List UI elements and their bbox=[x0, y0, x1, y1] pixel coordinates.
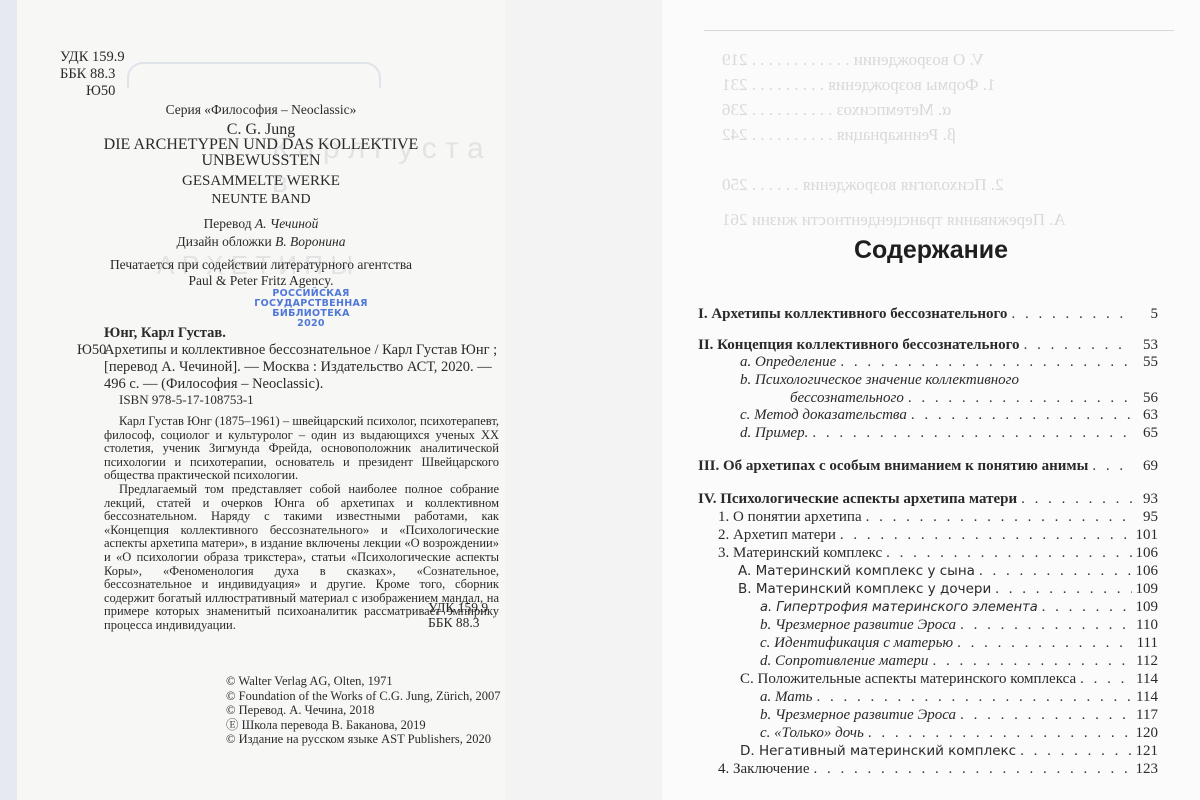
toc-page-number: 95 bbox=[1136, 509, 1158, 526]
toc-entry: c. Идентификация с матерью111 bbox=[760, 635, 1158, 652]
toc-entry-label: 1. О понятии архетипа bbox=[718, 509, 862, 526]
copyright-line: © Foundation of the Works of C.G. Jung, … bbox=[226, 689, 501, 704]
toc-entry-label: a. Определение bbox=[740, 354, 836, 371]
toc-entry: c. «Только» дочь120 bbox=[760, 725, 1158, 742]
toc-leader-dots bbox=[868, 725, 1132, 742]
bleed-through-text: β. Реинкарнация . . . . . . . . . . 242 bbox=[722, 125, 956, 145]
toc-page-number: 53 bbox=[1136, 337, 1158, 354]
toc-entry: I. Архетипы коллективного бессознательно… bbox=[698, 306, 1158, 323]
toc-entry: b. Чрезмерное развитие Эроса110 bbox=[760, 617, 1158, 634]
toc-page-number: 123 bbox=[1136, 761, 1159, 778]
library-stamp: РОССИЙСКАЯ ГОСУДАРСТВЕННАЯ БИБЛИОТЕКА 20… bbox=[246, 289, 376, 329]
toc-page-number: 109 bbox=[1136, 599, 1159, 616]
toc-page-number: 106 bbox=[1136, 545, 1159, 562]
cover-design-credit: Дизайн обложки В. Воронина bbox=[17, 234, 505, 250]
toc-entry: b. Психологическое значение коллективног… bbox=[740, 372, 1158, 389]
toc-leader-dots bbox=[886, 545, 1131, 562]
toc-leader-dots bbox=[840, 354, 1132, 371]
toc-entry: D. Негативный материнский комплекс121 bbox=[740, 743, 1158, 760]
bleed-through-text: α. Метемпсихоз . . . . . . . . . . 236 bbox=[722, 100, 951, 120]
bleed-through-text: V. О возрождении . . . . . . . . . . . .… bbox=[722, 50, 984, 70]
toc-page-number: 111 bbox=[1136, 635, 1158, 652]
series-name: Серия «Философия – Neoclassic» bbox=[17, 102, 505, 118]
bleed-through-text: 2. Психология возрождения . . . . . . 25… bbox=[722, 175, 1004, 195]
toc-leader-dots bbox=[812, 425, 1132, 442]
toc-entry-label: d. Пример. bbox=[740, 425, 808, 442]
volume-name: NEUNTE BAND bbox=[17, 192, 505, 208]
toc-entry: II. Концепция коллективного бессознатель… bbox=[698, 337, 1158, 354]
toc-leader-dots bbox=[1080, 671, 1132, 688]
toc-entry-label: b. Чрезмерное развитие Эроса bbox=[760, 617, 956, 634]
copyright-block: © Walter Verlag AG, Olten, 1971 © Founda… bbox=[226, 674, 501, 747]
toc-leader-dots bbox=[932, 653, 1132, 670]
toc-entry-label: IV. Психологические аспекты архетипа мат… bbox=[698, 491, 1017, 508]
toc-leader-dots bbox=[840, 527, 1132, 544]
toc-entry: 3. Материнский комплекс106 bbox=[718, 545, 1158, 562]
toc-leader-dots bbox=[908, 390, 1132, 407]
toc-page-number: 114 bbox=[1136, 689, 1158, 706]
toc-entry-label: 2. Архетип матери bbox=[718, 527, 836, 544]
toc-entry: III. Об архетипах с особым вниманием к п… bbox=[698, 458, 1158, 475]
toc-page-number: 101 bbox=[1136, 527, 1159, 544]
toc-leader-dots bbox=[816, 689, 1132, 706]
toc-entry-label: d. Сопротивление матери bbox=[760, 653, 928, 670]
toc-entry-label: a. Мать bbox=[760, 689, 812, 706]
copyright-line: © Walter Verlag AG, Olten, 1971 bbox=[226, 674, 501, 689]
toc-entry-label: D. Негативный материнский комплекс bbox=[740, 743, 1016, 759]
annotation-paragraph: Карл Густав Юнг (1875–1961) – швейцарски… bbox=[104, 415, 499, 483]
toc-entry: d. Сопротивление матери112 bbox=[760, 653, 1158, 670]
toc-page-number: 69 bbox=[1136, 458, 1158, 475]
toc-entry: a. Определение55 bbox=[740, 354, 1158, 371]
toc-entry-label: III. Об архетипах с особым вниманием к п… bbox=[698, 458, 1088, 475]
bleed-through-text: 1. Формы возрождения . . . . . . . . . 2… bbox=[722, 75, 996, 95]
toc-page-number: 112 bbox=[1136, 653, 1158, 670]
toc-entry: a. Гипертрофия материнского элемента109 bbox=[760, 599, 1158, 616]
toc-entry-label: II. Концепция коллективного бессознатель… bbox=[698, 337, 1020, 354]
toc-leader-dots bbox=[1042, 599, 1132, 616]
toc-entry: IV. Психологические аспекты архетипа мат… bbox=[698, 491, 1158, 508]
toc-entry: C. Положительные аспекты материнского ко… bbox=[740, 671, 1158, 688]
isbn: ISBN 978-5-17-108753-1 bbox=[119, 392, 254, 408]
toc-page-number: 56 bbox=[1136, 390, 1158, 407]
toc-leader-dots bbox=[1020, 743, 1131, 760]
toc-page-number: 106 bbox=[1136, 563, 1159, 580]
toc-leader-dots bbox=[1021, 491, 1132, 508]
toc-entry: a. Мать114 bbox=[760, 689, 1158, 706]
toc-entry: бессознательного56 bbox=[790, 390, 1158, 407]
toc-entry-label: a. Гипертрофия материнского элемента bbox=[760, 600, 1038, 615]
toc-page-number: 93 bbox=[1136, 491, 1158, 508]
toc-page-number: 114 bbox=[1136, 671, 1158, 688]
toc-leader-dots bbox=[1011, 306, 1132, 323]
agency-notice: Печатается при содействии литературного … bbox=[17, 257, 505, 289]
bleed-through-text: A. Переживания трансцендентности жизни 2… bbox=[722, 210, 1066, 230]
classification-block: УДК 159.9 ББК 88.3 Ю50 bbox=[60, 49, 125, 100]
toc-leader-dots bbox=[814, 761, 1132, 778]
translator-credit: Перевод А. Чечиной bbox=[17, 216, 505, 232]
toc-leader-dots bbox=[911, 407, 1132, 424]
toc-page-number: 5 bbox=[1136, 306, 1158, 323]
toc-entry-label: b. Психологическое значение коллективног… bbox=[740, 372, 1019, 389]
toc-page-number: 117 bbox=[1136, 707, 1158, 724]
toc-page-number: 63 bbox=[1136, 407, 1158, 424]
toc-page-number: 120 bbox=[1136, 725, 1159, 742]
toc-page-number: 55 bbox=[1136, 354, 1158, 371]
toc-entry-label: c. Метод доказательства bbox=[740, 407, 907, 424]
toc-entry-label: 4. Заключение bbox=[718, 761, 810, 778]
scan-edge bbox=[0, 0, 17, 800]
toc-entry-label: b. Чрезмерное развитие Эроса bbox=[760, 707, 956, 724]
toc-leader-dots bbox=[1092, 458, 1132, 475]
bleed-through-rule bbox=[704, 30, 1174, 31]
toc-leader-dots bbox=[1024, 337, 1132, 354]
toc-entry-label: C. Положительные аспекты материнского ко… bbox=[740, 671, 1076, 688]
toc-entry: d. Пример.65 bbox=[740, 425, 1158, 442]
toc-entry: 2. Архетип матери101 bbox=[718, 527, 1158, 544]
toc-entry: 4. Заключение123 bbox=[718, 761, 1158, 778]
toc-leader-dots bbox=[995, 581, 1131, 598]
toc-page-number: 110 bbox=[1136, 617, 1158, 634]
catalog-author: Юнг, Карл Густав. bbox=[104, 325, 226, 342]
copyright-line: Ⓔ Школа перевода В. Баканова, 2019 bbox=[226, 718, 501, 733]
toc-entry-label: c. Идентификация с матерью bbox=[760, 635, 953, 652]
catalog-code: Ю50 bbox=[77, 342, 106, 359]
toc-entry-label: c. «Только» дочь bbox=[760, 725, 864, 742]
toc-page-number: 65 bbox=[1136, 425, 1158, 442]
toc-entry: 1. О понятии архетипа95 bbox=[718, 509, 1158, 526]
toc-leader-dots bbox=[960, 617, 1132, 634]
copyright-line: © Перевод. А. Чечина, 2018 bbox=[226, 703, 501, 718]
toc-page-number: 109 bbox=[1136, 581, 1159, 598]
toc-entry: c. Метод доказательства63 bbox=[740, 407, 1158, 424]
bleed-through-arch bbox=[127, 62, 381, 88]
udk-code: УДК 159.9 bbox=[60, 49, 125, 66]
toc-entry-label: бессознательного bbox=[790, 390, 904, 407]
toc-entry: b. Чрезмерное развитие Эроса117 bbox=[760, 707, 1158, 724]
toc-leader-dots bbox=[960, 707, 1132, 724]
toc-entry-label: I. Архетипы коллективного бессознательно… bbox=[698, 306, 1007, 323]
copyright-line: © Издание на русском языке AST Publisher… bbox=[226, 732, 501, 747]
author-mark: Ю50 bbox=[60, 83, 125, 100]
toc-entry: B. Материнский комплекс у дочери109 bbox=[738, 581, 1158, 598]
collection-name: GESAMMELTE WERKE bbox=[17, 173, 505, 190]
toc-page-number: 121 bbox=[1136, 743, 1159, 760]
original-title: DIE ARCHETYPEN UND DAS KOLLEKTIVE UNBEWU… bbox=[17, 137, 505, 169]
catalog-description: Архетипы и коллективное бессознательное … bbox=[104, 342, 499, 393]
toc-entry-label: 3. Материнский комплекс bbox=[718, 545, 882, 562]
toc-entry-label: B. Материнский комплекс у дочери bbox=[738, 581, 991, 597]
bbk-code: ББК 88.3 bbox=[60, 66, 125, 83]
toc-leader-dots bbox=[957, 635, 1132, 652]
bottom-classification: УДК 159.9 ББК 88.3 bbox=[428, 600, 488, 630]
contents-title: Содержание bbox=[662, 236, 1200, 265]
toc-entry-label: A. Материнский комплекс у сына bbox=[738, 563, 975, 579]
toc-entry: A. Материнский комплекс у сына106 bbox=[738, 563, 1158, 580]
toc-leader-dots bbox=[866, 509, 1132, 526]
toc-leader-dots bbox=[979, 563, 1132, 580]
